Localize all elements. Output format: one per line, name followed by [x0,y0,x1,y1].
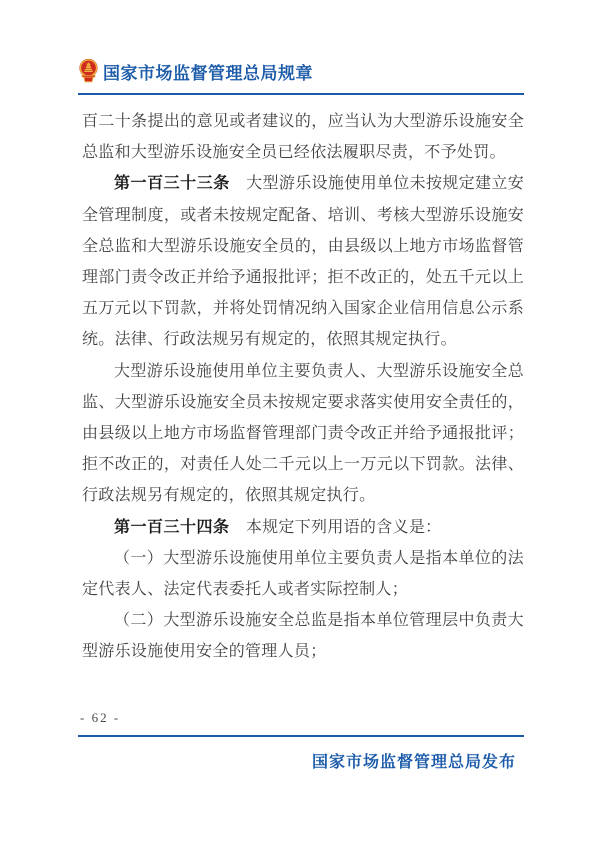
page-number: - 62 - [80,710,120,726]
document-body: 百二十条提出的意见或者建议的，应当认为大型游乐设施安全总监和大型游乐设施安全员已… [82,106,524,668]
document-page: 国家市场监督管理总局规章 百二十条提出的意见或者建议的，应当认为大型游乐设施安全… [0,0,595,842]
national-emblem-icon [78,58,99,84]
page-header: 国家市场监督管理总局规章 [78,57,524,95]
header-title: 国家市场监督管理总局规章 [103,59,313,84]
paragraph: 第一百三十三条 大型游乐设施使用单位未按规定建立安全管理制度，或者未按规定配备、… [82,168,524,355]
paragraph: 百二十条提出的意见或者建议的，应当认为大型游乐设施安全总监和大型游乐设施安全员已… [82,106,524,168]
footer-divider [78,735,524,737]
publisher-label: 国家市场监督管理总局发布 [312,749,516,772]
header-row: 国家市场监督管理总局规章 [78,57,524,85]
article-number: 第一百三十四条 [114,519,230,536]
article-number: 第一百三十三条 [114,175,230,192]
paragraph: 第一百三十四条 本规定下列用语的含义是： [82,512,524,543]
header-divider [78,93,524,95]
paragraph: 大型游乐设施使用单位主要负责人、大型游乐设施安全总监、大型游乐设施安全员未按规定… [82,356,524,512]
paragraph: （二）大型游乐设施安全总监是指本单位管理层中负责大型游乐设施使用安全的管理人员； [82,605,524,667]
paragraph: （一）大型游乐设施使用单位主要负责人是指本单位的法定代表人、法定代表委托人或者实… [82,543,524,605]
